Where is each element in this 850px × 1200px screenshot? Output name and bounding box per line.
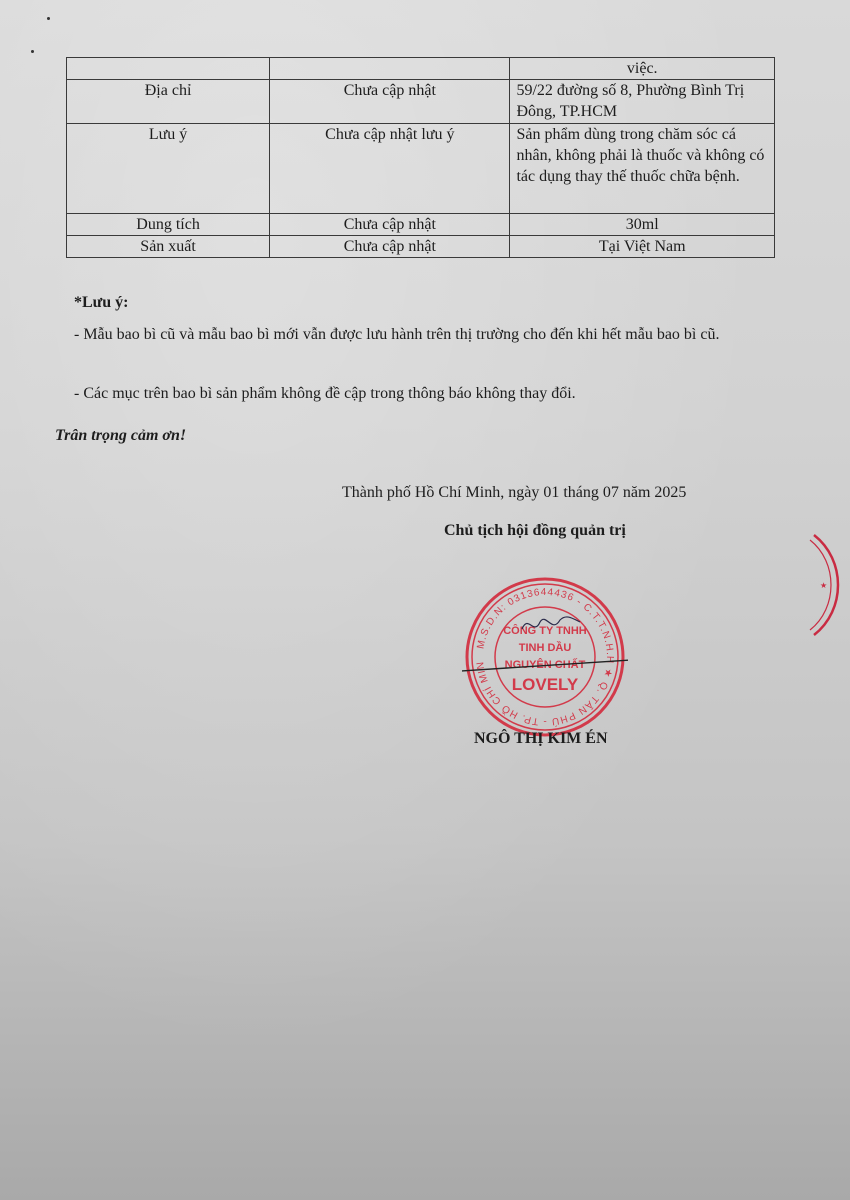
seal-line-4: LOVELY [512,675,579,694]
signer-title: Chủ tịch hội đồng quản trị [444,522,626,540]
table-cell-label: Dung tích [67,214,270,236]
paper-speck [47,17,50,20]
table-row: Lưu ý Chưa cập nhật lưu ý Sản phẩm dùng … [67,124,775,214]
table-cell-old [270,58,510,80]
table-cell-new: Sản phẩm dùng trong chăm sóc cá nhân, kh… [510,124,775,214]
table-cell-label: Địa chỉ [67,80,270,124]
table-cell-old: Chưa cập nhật lưu ý [270,124,510,214]
seal-line-2: TINH DẦU [519,641,572,654]
table-row: việc. [67,58,775,80]
table-row: Dung tích Chưa cập nhật 30ml [67,214,775,236]
signer-name: NGÔ THỊ KIM ÉN [474,730,608,748]
company-seal-icon: M.S.D.N: 0313644436 - C.T.T.N.H.H ★ Q. T… [462,574,628,740]
seal-line-1: CÔNG TY TNHH [503,624,587,637]
table-cell-label [67,58,270,80]
table-cell-label: Lưu ý [67,124,270,214]
table-cell-new: Tại Việt Nam [510,236,775,258]
table-row: Địa chỉ Chưa cập nhật 59/22 đường số 8, … [67,80,775,124]
table-cell-new: việc. [510,58,775,80]
note-item: - Mẫu bao bì cũ và mẫu bao bì mới vẫn đư… [74,322,774,347]
paper-speck [31,50,34,53]
table-cell-old: Chưa cập nhật [270,214,510,236]
place-and-date: Thành phố Hồ Chí Minh, ngày 01 tháng 07 … [342,484,686,502]
table-cell-label: Sản xuất [67,236,270,258]
table-cell-new: 30ml [510,214,775,236]
table-cell-new: 59/22 đường số 8, Phường Bình Trị Đông, … [510,80,775,124]
table-cell-old: Chưa cập nhật [270,80,510,124]
table-row: Sản xuất Chưa cập nhật Tại Việt Nam [67,236,775,258]
closing-text: Trân trọng cảm ơn! [55,427,186,445]
notes-heading: *Lưu ý: [74,294,129,312]
svg-text:★: ★ [820,581,827,590]
note-item: - Các mục trên bao bì sản phẩm không đề … [74,381,774,406]
table-cell-old: Chưa cập nhật [270,236,510,258]
partial-seal-icon: ★ [806,530,850,640]
seal-line-3: NGUYÊN CHẤT [505,658,586,671]
packaging-change-table: việc. Địa chỉ Chưa cập nhật 59/22 đường … [66,57,775,258]
